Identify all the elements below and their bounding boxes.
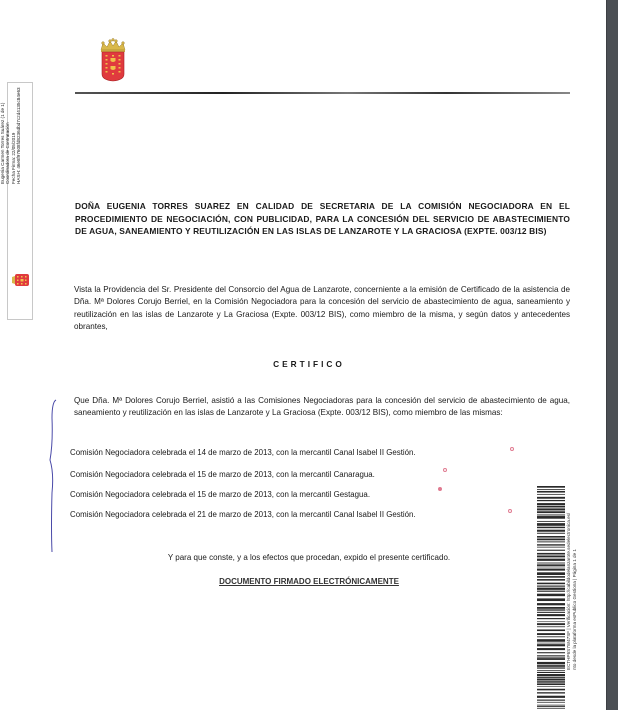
tick-mark	[438, 487, 442, 491]
signature-stamp-text: Eugenia Carmen Torres Suárez (1 de 1) Co…	[0, 4, 24, 184]
handwritten-bracket	[46, 398, 58, 554]
barcode	[537, 486, 565, 710]
tick-mark	[510, 447, 514, 451]
comision-item: Comisión Negociadora celebrada el 21 de …	[70, 510, 416, 519]
verification-code: ECTHP6S7W47SF | Verificación: http://cab…	[566, 516, 572, 670]
comision-item: Comisión Negociadora celebrada el 15 de …	[70, 470, 375, 479]
document-page: Eugenia Carmen Torres Suárez (1 de 1) Co…	[0, 0, 606, 710]
document-heading: DOÑA EUGENIA TORRES SUAREZ EN CALIDAD DE…	[75, 200, 570, 238]
intro-paragraph-text: Vista la Providencia del Sr. Presidente …	[74, 285, 570, 331]
certify-paragraph: Que Dña. Mª Dolores Corujo Berriel, asis…	[74, 395, 570, 420]
tick-mark	[443, 468, 447, 472]
certifico-title: CERTIFICO	[0, 359, 618, 369]
closing-statement: Y para que conste, y a los efectos que p…	[0, 553, 618, 562]
coat-of-arms-icon	[99, 38, 127, 82]
tick-mark	[508, 509, 512, 513]
stamp-hash: HASH: 46e8f97608fd8236dbd7c2d4135c84e63	[16, 4, 21, 184]
header-divider	[75, 92, 570, 94]
intro-paragraph: Vista la Providencia del Sr. Presidente …	[74, 284, 570, 333]
stamp-crest-icon	[12, 273, 30, 287]
verification-text: ECTHP6S7W47SF | Verificación: http://cab…	[566, 516, 580, 670]
comision-item: Comisión Negociadora celebrada el 14 de …	[70, 448, 416, 457]
verification-platform: nto desde la plataforma esPublico Gestio…	[572, 516, 578, 670]
comision-item: Comisión Negociadora celebrada el 15 de …	[70, 490, 370, 499]
viewer-scrollbar[interactable]	[606, 0, 618, 710]
signed-electronically-note: DOCUMENTO FIRMADO ELECTRÓNICAMENTE	[0, 577, 618, 586]
